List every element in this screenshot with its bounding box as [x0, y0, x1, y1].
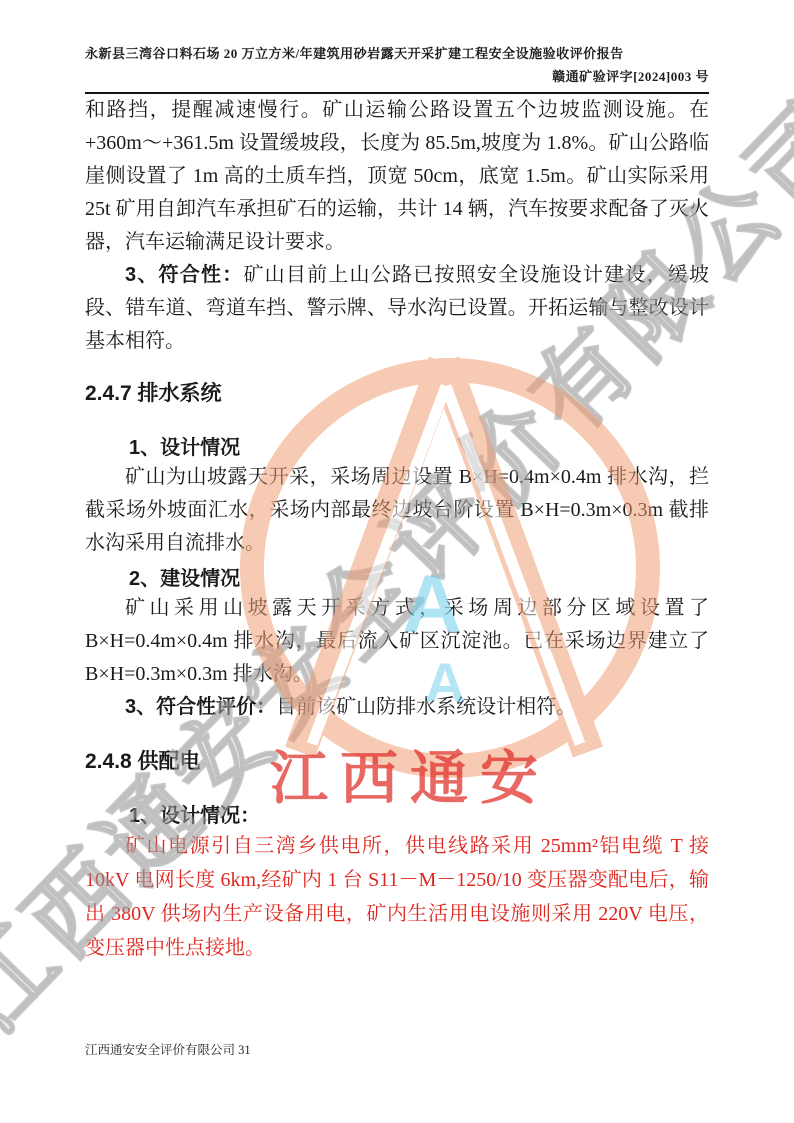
paragraph-drainage-design: 矿山为山坡露天开采，采场周边设置 B×H=0.4m×0.4m 排水沟，拦截采场外… — [85, 461, 709, 560]
evaluation-lead: 3、符合性评价： — [125, 696, 276, 718]
page-footer: 江西通安安全评价有限公司 31 — [85, 1040, 251, 1058]
paragraph-power-supply: 矿山电源引自三湾乡供电所，供电线路采用 25mm²铝电缆 T 接 10kV 电网… — [85, 829, 709, 965]
section-heading-drainage: 2.4.7 排水系统 — [85, 380, 709, 408]
doc-number: 赣通矿验评字[2024]003 号 — [85, 67, 709, 86]
evaluation-body: 目前该矿山防排水系统设计相符。 — [276, 696, 576, 718]
subheading-design-drainage: 1、设计情况 — [85, 435, 709, 461]
subheading-design-power: 1、设计情况： — [85, 803, 709, 829]
paragraph-transport: 和路挡，提醒减速慢行。矿山运输公路设置五个边坡监测设施。在+360m～+361.… — [85, 94, 709, 259]
paragraph-drainage-build: 矿山采用山坡露天开采方式，采场周边部分区域设置了 B×H=0.4m×0.4m 排… — [85, 592, 709, 691]
report-title: 永新县三湾谷口料石场 20 万立方米/年建筑用砂岩露天开采扩建工程安全设施验收评… — [85, 44, 709, 63]
page-content: 永新县三湾谷口料石场 20 万立方米/年建筑用砂岩露天开采扩建工程安全设施验收评… — [85, 44, 709, 965]
paragraph-conformity: 3、符合性：矿山目前上山公路已按照安全设施设计建设，缓坡段、错车道、弯道车挡、警… — [85, 259, 709, 358]
paragraph-evaluation: 3、符合性评价：目前该矿山防排水系统设计相符。 — [85, 691, 709, 724]
conformity-lead: 3、符合性： — [125, 264, 243, 286]
subheading-build: 2、建设情况 — [85, 566, 709, 592]
section-heading-power: 2.4.8 供配电 — [85, 748, 709, 776]
